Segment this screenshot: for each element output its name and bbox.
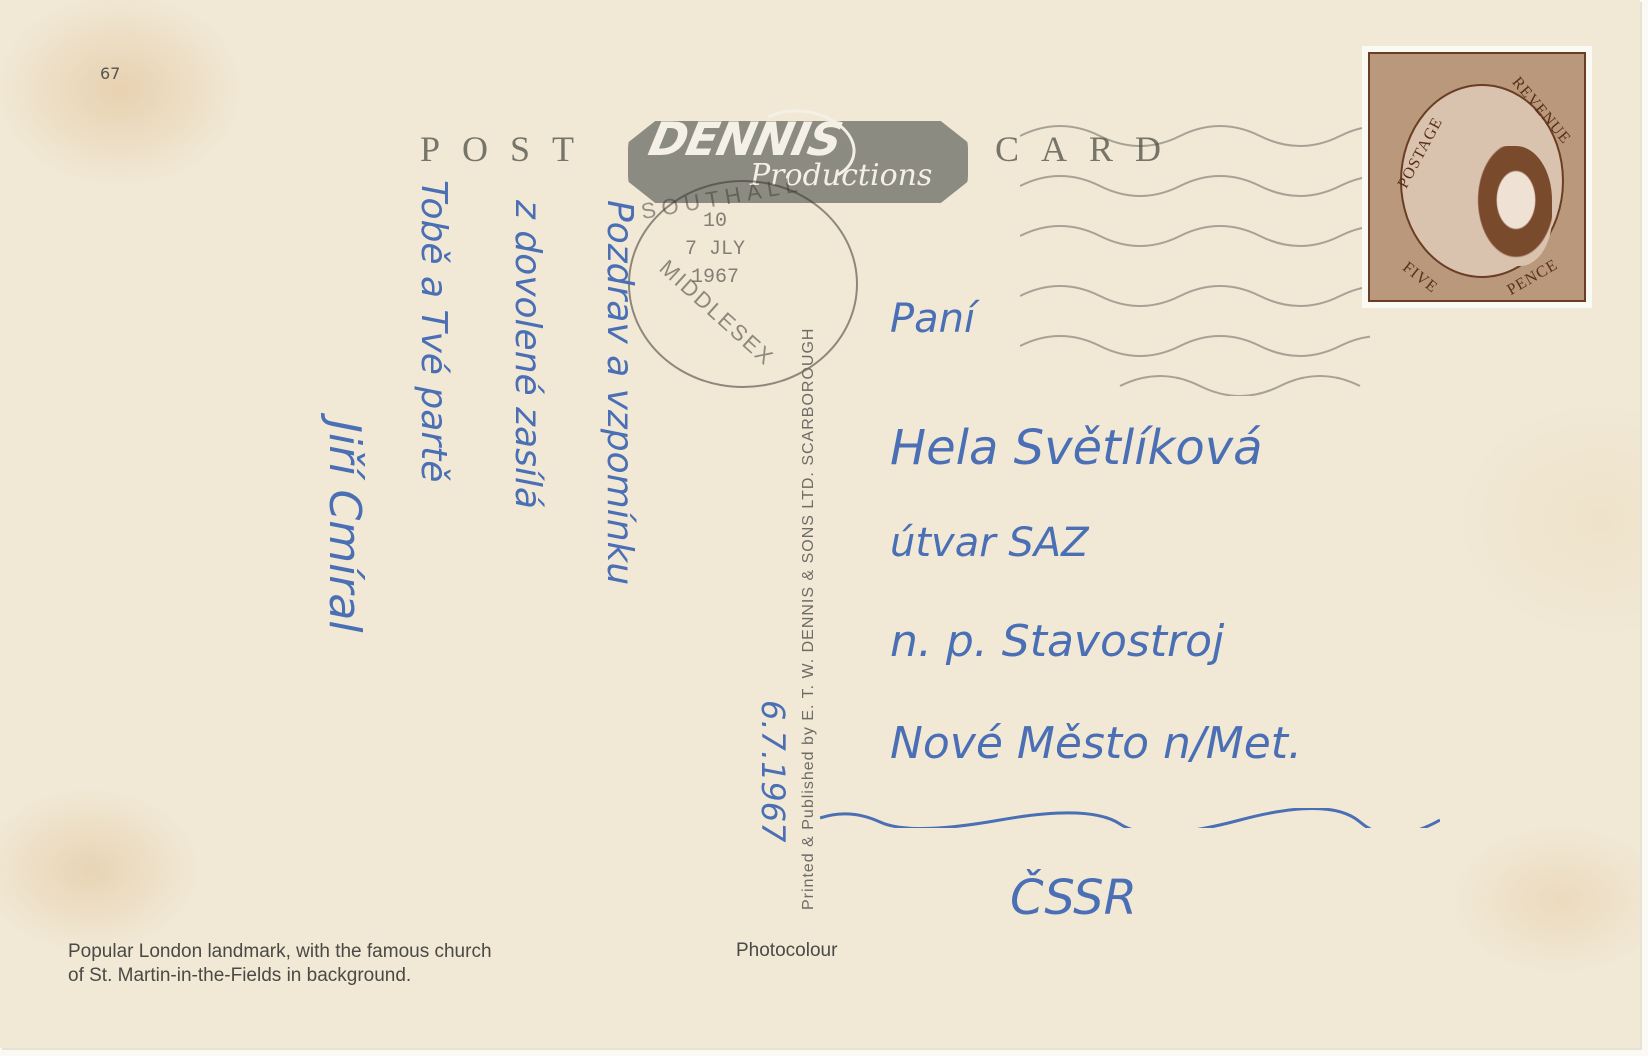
address-underline-icon	[820, 808, 1440, 828]
caption-line-2: of St. Martin-in-the-Fields in backgroun…	[68, 964, 492, 988]
postmark-time: 10	[680, 208, 750, 236]
postcard: 67 POST CARD DENNIS Productions SOUTHALL…	[0, 0, 1640, 1048]
message-date: 6.7.1967	[754, 700, 792, 843]
process-label: Photocolour	[736, 940, 837, 962]
message-signature: Jiří Cmíral	[319, 420, 370, 633]
stamp-frame: POSTAGE REVENUE FIVE PENCE	[1368, 52, 1586, 302]
post-title: POST	[420, 128, 596, 170]
stamp-five: FIVE	[1399, 259, 1441, 298]
card-number: 67	[100, 64, 120, 83]
address-name: Hela Světlíková	[890, 420, 1263, 476]
postage-stamp: POSTAGE REVENUE FIVE PENCE	[1362, 46, 1592, 308]
message-line-1: Pozdrav a vzpomínku	[599, 200, 640, 585]
address-city: Nové Město n/Met.	[890, 718, 1302, 769]
address-company: n. p. Stavostroj	[890, 616, 1224, 667]
message-line-3: Tobě a Tvé partě	[413, 180, 454, 482]
caption-line-1: Popular London landmark, with the famous…	[68, 940, 492, 964]
printer-imprint: Printed & Published by E. T. W. DENNIS &…	[800, 328, 818, 910]
address-salutation: Paní	[890, 296, 975, 342]
postmark-day-month: 7 JLY	[680, 236, 750, 264]
card-caption: Popular London landmark, with the famous…	[68, 940, 492, 988]
message-line-2: z dovolené zasílá	[507, 200, 548, 509]
address-department: útvar SAZ	[890, 520, 1089, 566]
postmark-month: JLY	[709, 238, 745, 261]
postmark-day: 7	[685, 238, 697, 261]
queen-portrait-icon	[1472, 146, 1552, 266]
cancellation-waves-icon	[1020, 36, 1370, 396]
address-country: ČSSR	[1010, 870, 1137, 926]
